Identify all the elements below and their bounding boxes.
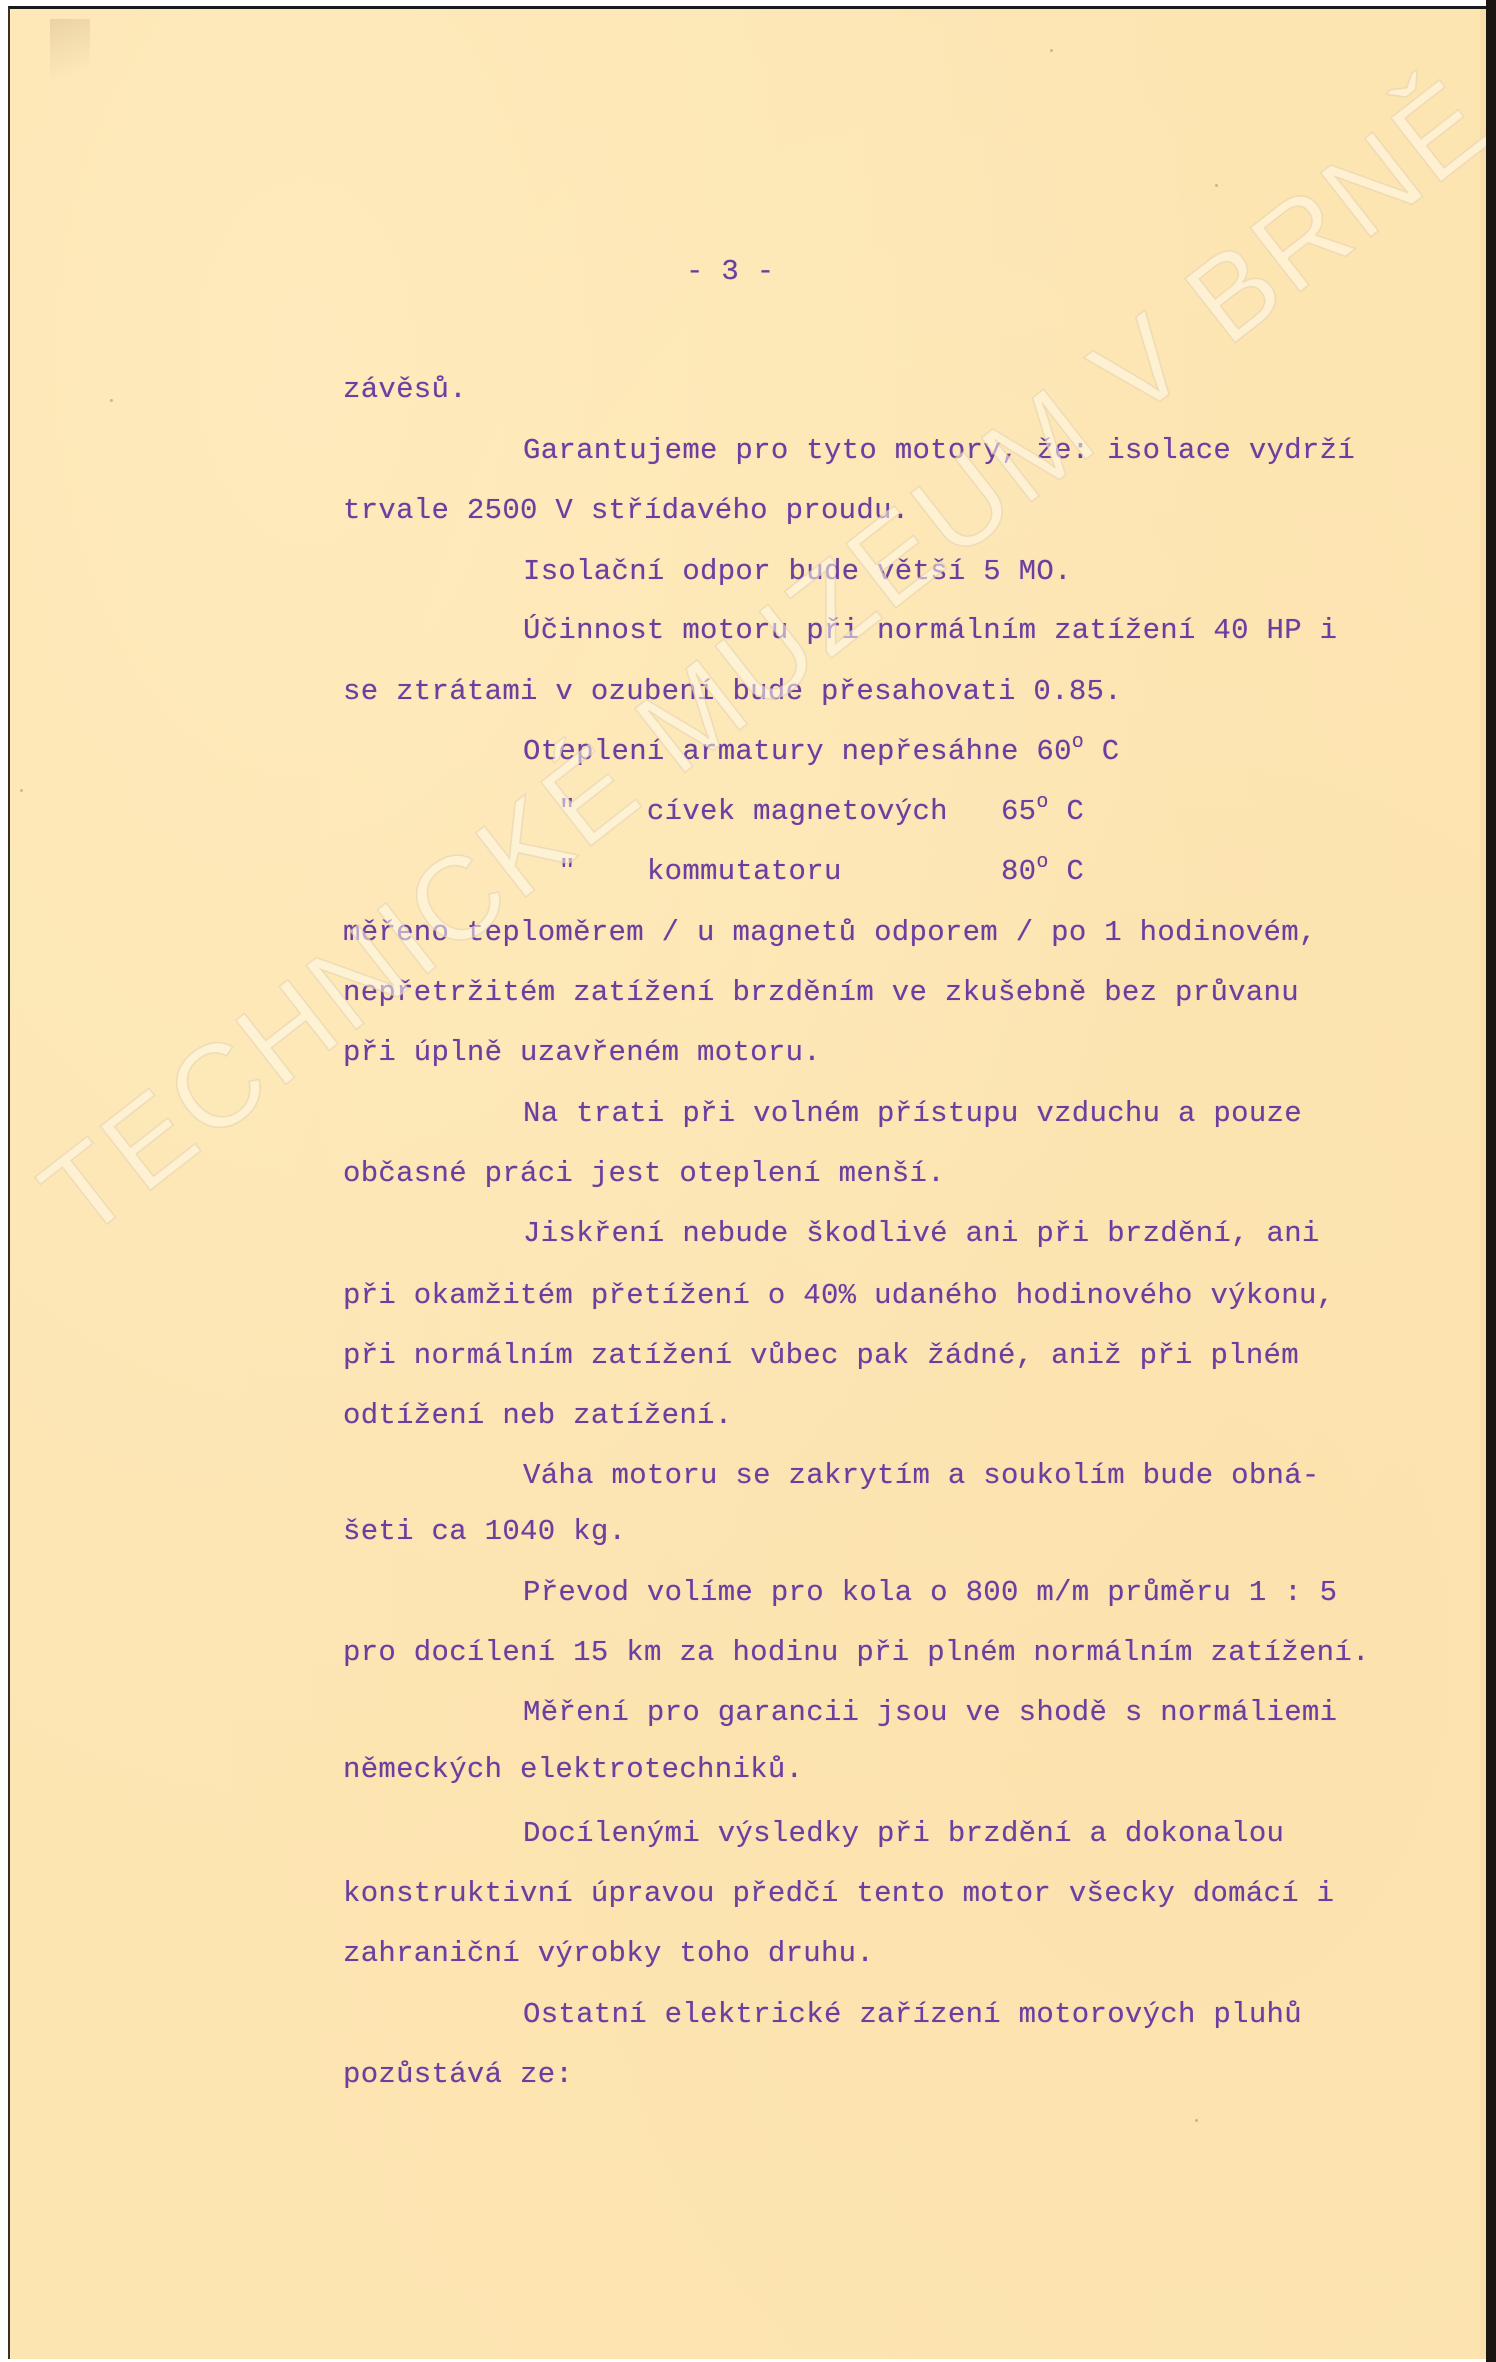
text-line: Na trati při volném přístupu vzduchu a p…	[523, 1099, 1302, 1128]
text-line: zahraniční výrobky toho druhu.	[343, 1939, 874, 1968]
paper-speck	[20, 789, 23, 792]
paper-crease	[50, 19, 90, 99]
text-line: Garantujeme pro tyto motory, že: isolace…	[523, 436, 1355, 465]
text-line: pozůstává ze:	[343, 2060, 573, 2089]
text-line: závěsů.	[343, 375, 467, 404]
text-line: Účinnost motoru při normálním zatížení 4…	[523, 616, 1337, 645]
text-line: při normálním zatížení vůbec pak žádné, …	[343, 1341, 1299, 1370]
text-line: měřeno teploměrem / u magnetů odporem / …	[343, 918, 1317, 947]
text-line: při okamžitém přetížení o 40% udaného ho…	[343, 1281, 1334, 1310]
text-line: občasné práci jest oteplení menší.	[343, 1159, 945, 1188]
text-line: Měření pro garancii jsou ve shodě s norm…	[523, 1698, 1337, 1727]
document-page: - 3 - závěsů. Garantujeme pro tyto motor…	[8, 6, 1488, 2359]
temperature-label: " kommutatoru 80	[523, 855, 1036, 888]
paper-speck	[1215, 184, 1218, 187]
paper-speck	[110, 399, 113, 402]
scan-border-right	[1486, 0, 1496, 2362]
degree-mark: o	[1036, 791, 1048, 814]
text-line: Docílenými výsledky při brzdění a dokona…	[523, 1819, 1284, 1848]
paper-speck	[1050, 49, 1053, 52]
text-line: pro docílení 15 km za hodinu při plném n…	[343, 1638, 1370, 1667]
museum-watermark: TECHNICKÉ MUZEUM V BRNĚ	[16, 52, 1496, 1265]
temperature-line-armature: Oteplení armatury nepřesáhne 60o C	[523, 737, 1120, 766]
text-line: se ztrátami v ozubení bude přesahovati 0…	[343, 677, 1122, 706]
text-line: Převod volíme pro kola o 800 m/m průměru…	[523, 1578, 1337, 1607]
text-line: při úplně uzavřeném motoru.	[343, 1038, 821, 1067]
text-line: německých elektrotechniků.	[343, 1755, 803, 1784]
text-line: Ostatní elektrické zařízení motorových p…	[523, 2000, 1302, 2029]
page-number: - 3 -	[686, 257, 775, 286]
text-line: trvale 2500 V střídavého proudu.	[343, 496, 910, 525]
unit: C	[1084, 735, 1119, 768]
unit: C	[1049, 795, 1084, 828]
text-line: konstruktivní úpravou předčí tento motor…	[343, 1879, 1334, 1908]
temperature-label: " cívek magnetových 65	[523, 795, 1036, 828]
paper-speck	[1195, 2119, 1198, 2122]
text-line: Isolační odpor bude větší 5 MO.	[523, 557, 1072, 586]
unit: C	[1049, 855, 1084, 888]
text-line: Jiskření nebude škodlivé ani při brzdění…	[523, 1219, 1320, 1248]
temperature-line-commutator: " kommutatoru 80o C	[523, 857, 1084, 886]
temperature-label: Oteplení armatury nepřesáhne 60	[523, 735, 1072, 768]
degree-mark: o	[1036, 851, 1048, 874]
text-line: odtížení neb zatížení.	[343, 1401, 732, 1430]
text-line: šeti ca 1040 kg.	[343, 1517, 626, 1546]
text-line: nepřetržitém zatížení brzděním ve zkušeb…	[343, 978, 1299, 1007]
degree-mark: o	[1072, 731, 1084, 754]
temperature-line-coils: " cívek magnetových 65o C	[523, 797, 1084, 826]
text-line: Váha motoru se zakrytím a soukolím bude …	[523, 1461, 1320, 1490]
